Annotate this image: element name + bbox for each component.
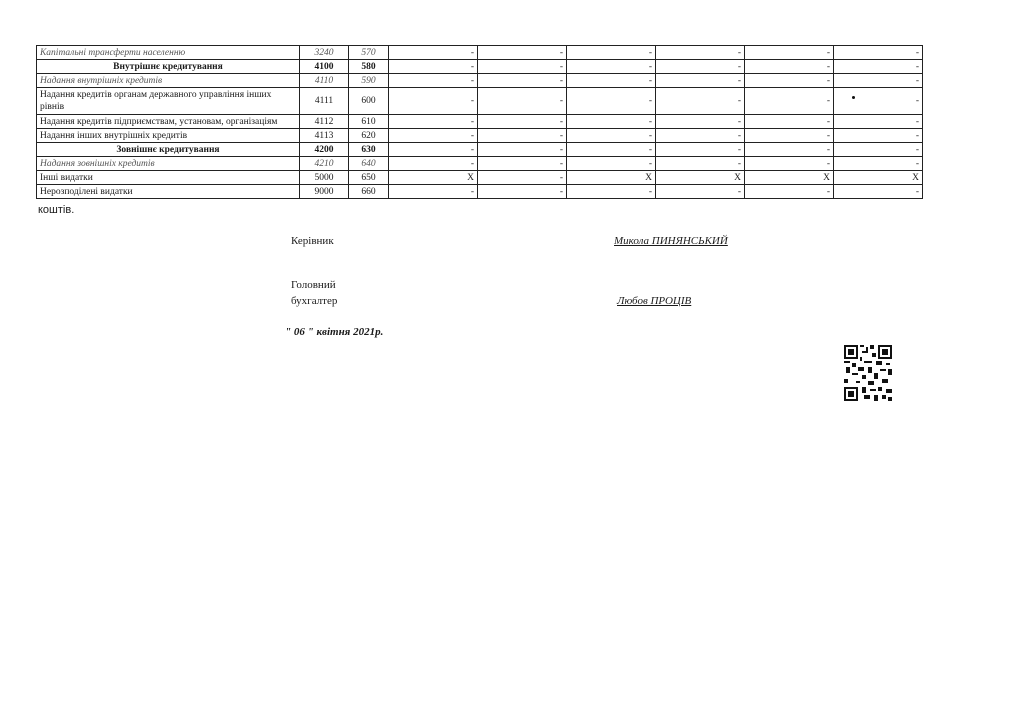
row-value: X [656, 171, 745, 185]
table-row: Надання кредитів органам державного упра… [37, 88, 923, 115]
table-row: Надання інших внутрішніх кредитів4113620… [37, 129, 923, 143]
head-name: Микола ПИНЯНСЬКИЙ [614, 235, 728, 247]
row-value: - [656, 143, 745, 157]
row-line-number: 620 [349, 129, 389, 143]
row-value: - [834, 46, 923, 60]
row-name: Надання інших внутрішніх кредитів [37, 129, 300, 143]
row-name: Інші видатки [37, 171, 300, 185]
footnote-text: коштів. [38, 204, 74, 216]
row-value: - [745, 46, 834, 60]
row-value: - [656, 129, 745, 143]
row-value: - [656, 74, 745, 88]
row-value: X [389, 171, 478, 185]
head-title: Керівник [291, 235, 334, 247]
row-value: X [745, 171, 834, 185]
row-value: - [567, 157, 656, 171]
document-date: " 06 " квітня 2021р. [285, 326, 383, 338]
row-value: - [389, 157, 478, 171]
row-value: - [478, 46, 567, 60]
row-code: 4210 [300, 157, 349, 171]
row-value: - [389, 74, 478, 88]
table-row: Внутрішнє кредитування4100580------ [37, 60, 923, 74]
row-value: - [389, 143, 478, 157]
row-line-number: 660 [349, 185, 389, 199]
table-row: Капітальні трансферти населенню3240570--… [37, 46, 923, 60]
table-row: Зовнішнє кредитування4200630------ [37, 143, 923, 157]
row-line-number: 650 [349, 171, 389, 185]
row-value: - [389, 88, 478, 115]
row-value: - [389, 185, 478, 199]
row-value: - [834, 157, 923, 171]
row-name: Надання кредитів підприємствам, установа… [37, 115, 300, 129]
row-value: - [656, 115, 745, 129]
accountant-name: Любов ПРОЦІВ [617, 295, 691, 307]
row-value: - [745, 143, 834, 157]
row-value: - [656, 60, 745, 74]
row-line-number: 580 [349, 60, 389, 74]
row-value: - [745, 129, 834, 143]
row-value: X [567, 171, 656, 185]
row-code: 4200 [300, 143, 349, 157]
row-value: - [389, 115, 478, 129]
row-value: - [834, 129, 923, 143]
row-value: - [745, 88, 834, 115]
row-value: - [656, 88, 745, 115]
row-value: - [745, 74, 834, 88]
row-line-number: 610 [349, 115, 389, 129]
row-value: - [478, 60, 567, 74]
row-value: - [478, 115, 567, 129]
row-value: - [656, 46, 745, 60]
row-value: - [567, 88, 656, 115]
row-line-number: 570 [349, 46, 389, 60]
row-value: - [567, 115, 656, 129]
row-code: 4111 [300, 88, 349, 115]
table-row: Надання внутрішніх кредитів4110590------ [37, 74, 923, 88]
row-name: Надання кредитів органам державного упра… [37, 88, 300, 115]
row-value: - [567, 143, 656, 157]
row-code: 5000 [300, 171, 349, 185]
row-value: - [567, 74, 656, 88]
row-value: - [834, 115, 923, 129]
row-value: - [567, 46, 656, 60]
expenditure-table: Капітальні трансферти населенню3240570--… [36, 45, 923, 199]
row-name: Внутрішнє кредитування [37, 60, 300, 74]
row-value: - [567, 129, 656, 143]
row-line-number: 630 [349, 143, 389, 157]
row-value: - [478, 143, 567, 157]
row-value: - [834, 60, 923, 74]
row-code: 4112 [300, 115, 349, 129]
row-code: 9000 [300, 185, 349, 199]
row-value: - [478, 88, 567, 115]
row-value: - [834, 185, 923, 199]
row-code: 4110 [300, 74, 349, 88]
row-line-number: 590 [349, 74, 389, 88]
row-value: - [567, 185, 656, 199]
row-value: - [745, 157, 834, 171]
table-row: Нерозподілені видатки9000660------ [37, 185, 923, 199]
row-value: - [745, 60, 834, 74]
row-value: X [834, 171, 923, 185]
row-value: - [834, 74, 923, 88]
row-value: - [478, 171, 567, 185]
row-name: Нерозподілені видатки [37, 185, 300, 199]
row-value: - [745, 115, 834, 129]
qr-code-icon [844, 345, 892, 401]
row-value: - [745, 185, 834, 199]
row-value: - [834, 88, 923, 115]
row-line-number: 640 [349, 157, 389, 171]
row-value: - [389, 129, 478, 143]
table-row: Інші видатки5000650X-XXXX [37, 171, 923, 185]
row-name: Капітальні трансферти населенню [37, 46, 300, 60]
row-value: - [478, 157, 567, 171]
row-code: 4113 [300, 129, 349, 143]
row-value: - [478, 185, 567, 199]
row-line-number: 600 [349, 88, 389, 115]
row-value: - [567, 60, 656, 74]
row-value: - [656, 185, 745, 199]
row-value: - [478, 129, 567, 143]
row-code: 3240 [300, 46, 349, 60]
row-name: Надання зовнішніх кредитів [37, 157, 300, 171]
table-row: Надання кредитів підприємствам, установа… [37, 115, 923, 129]
row-value: - [656, 157, 745, 171]
accountant-title-line2: бухгалтер [291, 295, 337, 307]
row-code: 4100 [300, 60, 349, 74]
row-value: - [389, 46, 478, 60]
accountant-title-line1: Головний [291, 279, 336, 291]
row-value: - [389, 60, 478, 74]
row-name: Зовнішнє кредитування [37, 143, 300, 157]
row-value: - [478, 74, 567, 88]
row-value: - [834, 143, 923, 157]
table-row: Надання зовнішніх кредитів4210640------ [37, 157, 923, 171]
row-name: Надання внутрішніх кредитів [37, 74, 300, 88]
scan-speck [852, 96, 855, 99]
